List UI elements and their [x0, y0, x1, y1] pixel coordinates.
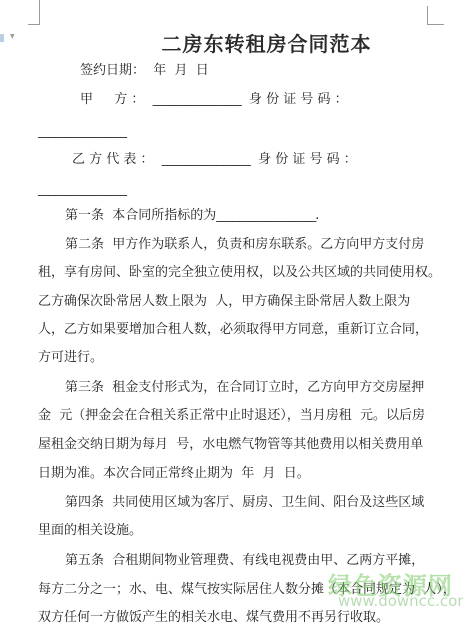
party-a-blank: ________________ [153, 92, 241, 107]
article-1: 第一条 本合同所指标的为__________________. [65, 208, 319, 224]
article-3-line-3: 屋租金交纳日期为每月 号，水电燃气物管等其他费用以相关费用单 [38, 437, 423, 453]
party-a-label: 甲 方 ： ________________ 身 份 证 号 码 ： [80, 92, 348, 108]
party-b-blank: ________________ [162, 152, 250, 167]
article-2-line-3: 乙方确保次卧常居人数上限为 人，甲方确保主卧常居人数上限为 [38, 294, 410, 310]
party-a-text: 甲 方 ： [80, 92, 153, 107]
article-1-text: 第一条 本合同所指标的为 [65, 208, 216, 223]
article-2-line-1: 第二条 甲方作为联系人，负责和房东联系。乙方向甲方支付房 [65, 237, 424, 253]
party-b-label: 乙 方 代 表 ： ________________ 身 份 证 号 码 ： [72, 152, 357, 168]
article-1-blank: __________________ [216, 208, 315, 223]
page-corner-mark-top-left [28, 0, 40, 25]
article-4-line-1: 第四条 共同使用区域为客厅、厨房、卫生间、阳台及这些区域 [65, 495, 424, 511]
page-corner-mark-top-right [427, 6, 444, 25]
party-a-id-label: 身 份 证 号 码 ： [241, 92, 348, 107]
article-3-line-4: 日期为准。本次合同正常终止期为 年 月 日。 [38, 466, 310, 482]
party-b-id-blank: ________________ [38, 182, 126, 198]
watermark-url: www.downcc.com [338, 592, 463, 610]
party-b-id-label: 身 份 证 号 码 ： [250, 152, 357, 167]
party-b-text: 乙 方 代 表 ： [72, 152, 162, 167]
signing-date: 签约日期： 年 月 日 [80, 63, 209, 79]
article-3-line-1: 第三条 租金支付形式为，在合同订立时，乙方向甲方交房屋押 [65, 380, 424, 396]
article-5-line-3: 双方任何一方做饭产生的相关水电、煤气费用不再另行收取。 [38, 610, 389, 626]
article-2-line-2: 租，享有房间、卧室的完全独立使用权，以及公共区域的共同使用权。 [38, 265, 441, 281]
document-title: 二房东转租房合同范本 [0, 28, 463, 57]
party-a-id-blank: ________________ [38, 124, 126, 140]
article-2-line-4: 人，乙方如果要增加合租人数，必须取得甲方同意，重新订立合同， [38, 322, 428, 338]
article-4-line-2: 里面的相关设施。 [38, 523, 142, 539]
article-3-line-2: 金 元（押金会在合租关系正常中止时退还），当月房租 元。以后房 [38, 408, 425, 424]
article-2-line-5: 方可进行。 [38, 350, 103, 366]
article-1-period: . [315, 208, 319, 223]
